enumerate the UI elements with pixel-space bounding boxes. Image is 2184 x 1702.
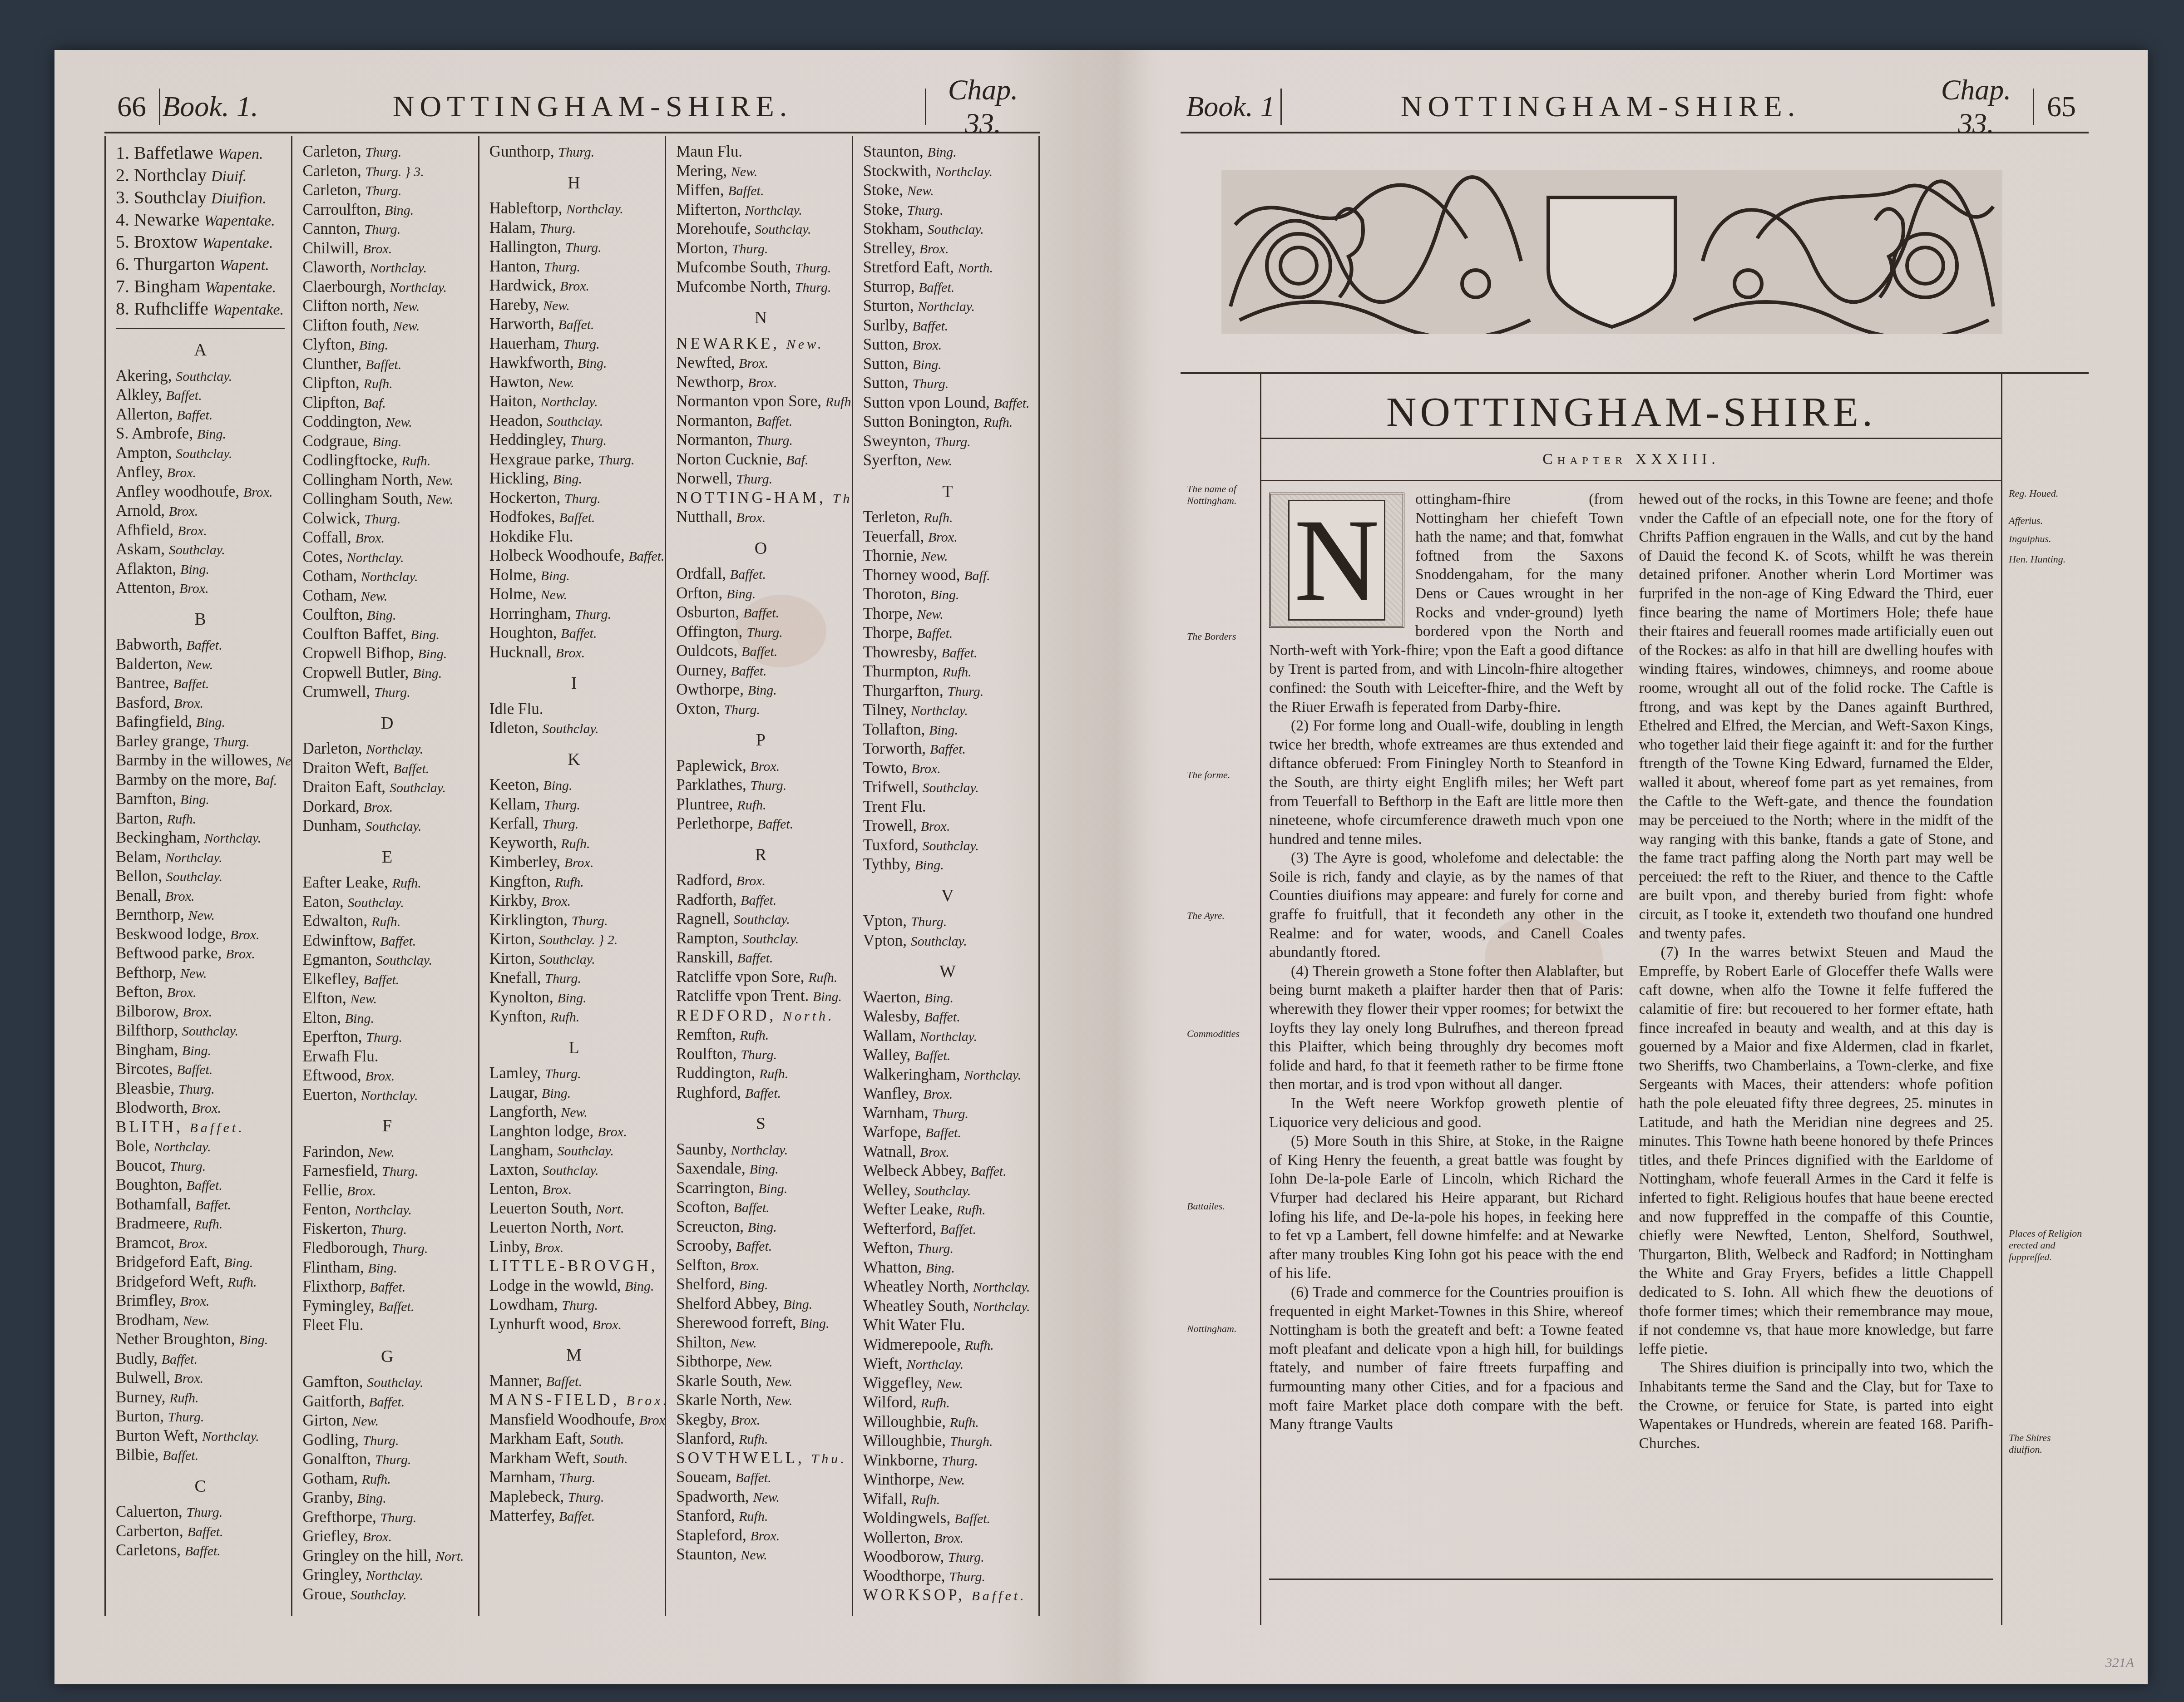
index-entry: Welley, Southclay. [863, 1181, 1032, 1201]
place-name: Normanton, [676, 412, 752, 429]
hundred-abbrev: Bing. [413, 666, 442, 681]
index-entry: Groue, Southclay. [302, 1585, 471, 1605]
place-name: Widmerepoole, [863, 1336, 961, 1353]
hundred-abbrev: Brox. [920, 1145, 949, 1160]
hundred-abbrev: Baffet. [187, 638, 222, 653]
place-name: Horringham, [489, 605, 571, 622]
place-name: Winkborne, [863, 1451, 938, 1469]
hundred-abbrev: Thurg. [732, 242, 768, 257]
division-number: 5. [116, 232, 129, 252]
index-entry: Ratcliffe vpon Trent. Bing. [676, 987, 845, 1006]
index-entry: Clipfton, Baf. [302, 394, 471, 413]
margin-note: Hen. Hunting. [2009, 553, 2084, 565]
place-name: Carleton, [302, 181, 361, 199]
hundred-abbrev: Bing. [345, 1011, 374, 1026]
place-name: Maplebeck, [489, 1488, 564, 1505]
hundred-abbrev: Northclay. [202, 1429, 259, 1444]
place-name: Hareby, [489, 296, 539, 314]
index-entry: Leuerton South, Nort. [489, 1199, 658, 1219]
margin-note: Ingulphus. [2009, 533, 2084, 545]
index-entry: Idleton, Southclay. [489, 719, 658, 739]
place-name: Draiton Weft, [302, 759, 389, 777]
index-entry: Haiton, Northclay. [489, 392, 658, 412]
hundred-abbrev: Thurg. [568, 1490, 604, 1505]
index-letter-heading: K [489, 750, 658, 769]
body-paragraph: (7) In the warres betwixt Steuen and Mau… [1639, 943, 1994, 1358]
hundred-abbrev: Southclay. [176, 369, 232, 384]
hundred-abbrev: Rufh. [193, 1217, 222, 1232]
hundred-abbrev: Thurg. [575, 607, 611, 622]
place-name: Kimberley, [489, 853, 560, 871]
place-name: Eafter Leake, [302, 873, 388, 891]
hundred-abbrev: Baffet. [912, 319, 948, 334]
hundred-abbrev: Thurg. [380, 1510, 416, 1525]
index-entry: Holme, New. [489, 585, 658, 605]
index-entry: Bantree, Baffet. [116, 674, 285, 694]
hundred-abbrev: New. [936, 1376, 963, 1391]
hundred-abbrev: Southclay. [176, 446, 232, 461]
hundred-abbrev: Southclay. [365, 819, 421, 834]
division-kind: Wapen. [218, 146, 263, 163]
hundred-abbrev: Northclay. [204, 831, 261, 846]
hundred-abbrev: New. [541, 587, 568, 602]
index-entry: Aflakton, Bing. [116, 560, 285, 579]
left-running-head: 66 Book. 1. NOTTINGHAM-SHIRE. Chap. 33. [104, 82, 1040, 133]
place-name: Fymingley, [302, 1297, 374, 1315]
index-entry: Thowresby, Baffet. [863, 643, 1032, 663]
index-entry: Edwalton, Rufh. [302, 912, 471, 932]
hundred-abbrev: Thurg. [375, 1452, 411, 1467]
index-entry: Eftwood, Brox. [302, 1066, 471, 1086]
right-running-head: Book. 1 NOTTINGHAM-SHIRE. Chap. 33. 65 [1181, 82, 2089, 133]
hundred-abbrev: Southclay. [367, 1375, 423, 1390]
place-name: Clunther, [302, 355, 361, 373]
index-entry: Spadworth, New. [676, 1488, 845, 1507]
place-name: Kirkby, [489, 892, 538, 909]
hundred-abbrev: Bing. [913, 357, 942, 372]
index-entry: Hallington, Thurg. [489, 238, 658, 257]
place-name: Idle Flu. [489, 700, 544, 718]
place-name: Gotham, [302, 1470, 358, 1487]
place-name: Wanfley, [863, 1085, 919, 1102]
place-name: Coulfton, [302, 606, 363, 623]
index-letter-heading: F [302, 1117, 471, 1135]
index-entry: Knefall, Thurg. [489, 969, 658, 988]
place-name: Elton, [302, 1009, 341, 1026]
place-name: Edwalton, [302, 912, 367, 930]
hundred-abbrev: Baffet. [756, 414, 792, 429]
index-entry: Radforth, Baffet. [676, 891, 845, 910]
place-name: Stoke, [863, 201, 903, 218]
margin-note: Nottingham. [1187, 1323, 1255, 1335]
division-entry: 1. Baffetlawe Wapen. [116, 143, 285, 165]
hundred-abbrev: Thurg. [562, 1298, 598, 1313]
index-column: Carleton, Thurg.Carleton, Thurg. } 3.Car… [291, 136, 478, 1616]
index-entry: Griefley, Brox. [302, 1527, 471, 1547]
hundred-abbrev: Bing. [924, 991, 954, 1006]
index-entry: Heddingley, Thurg. [489, 431, 658, 450]
hundred-abbrev: Rufh. [227, 1275, 257, 1290]
index-entry: Clipfton, Rufh. [302, 374, 471, 394]
hundred-abbrev: New. [926, 454, 953, 469]
hundred-abbrev: Thurg. [746, 625, 783, 640]
index-entry: Thorpe, New. [863, 605, 1032, 624]
index-entry: Grefthorpe, Thurg. [302, 1508, 471, 1528]
division-number: 7. [116, 276, 129, 296]
chapter-heading: Chapter XXXIII. [1260, 438, 2002, 481]
index-entry: Kimberley, Brox. [489, 853, 658, 873]
index-entry: Hawton, New. [489, 373, 658, 393]
hundred-abbrev: Baffet. [195, 1198, 231, 1213]
index-entry: Trifwell, Southclay. [863, 778, 1032, 798]
place-name: WORKSOP, [863, 1586, 965, 1604]
place-name: Ordfall, [676, 565, 726, 582]
index-entry: Wefter Leake, Rufh. [863, 1200, 1032, 1220]
place-name: Befton, [116, 983, 163, 1001]
place-name: Ampton, [116, 444, 172, 462]
place-name: Stoke, [863, 181, 903, 199]
hundred-abbrev: Baffet. [185, 1544, 221, 1559]
hundred-abbrev: Brox. [560, 279, 589, 294]
hundred-abbrev: Brox. [934, 1531, 964, 1546]
hundred-abbrev: Bing. [558, 991, 587, 1006]
index-entry: Farindon, New. [302, 1143, 471, 1162]
index-entry: Harworth, Baffet. [489, 315, 658, 335]
page-number: 65 [2034, 90, 2089, 123]
place-name: Fledborough, [302, 1239, 388, 1257]
hundred-abbrev: Bing. [542, 1086, 571, 1101]
index-entry: Warfope, Baffet. [863, 1123, 1032, 1143]
book-label: Book. 1. [160, 90, 260, 123]
place-name: Willoughbie, [863, 1413, 946, 1431]
place-name: Budly, [116, 1350, 158, 1367]
place-name: Holbeck Woodhoufe, [489, 547, 625, 564]
place-name: Walkeringham, [863, 1066, 960, 1083]
hundred-abbrev: Southclay. [755, 222, 811, 237]
hundred-abbrev: Thurg. [365, 145, 401, 160]
index-entry: Anfley woodhoufe, Brox. [116, 483, 285, 502]
place-name: Elkefley, [302, 970, 359, 988]
place-name: Lynhurft wood, [489, 1315, 588, 1333]
place-name: Barton, [116, 809, 163, 827]
margin-note: The Ayre. [1187, 910, 1255, 922]
hundred-abbrev: Baff. [964, 568, 990, 583]
hundred-abbrev: Bing. [418, 646, 447, 661]
place-name: Whatton, [863, 1258, 922, 1276]
place-name: Nether Broughton, [116, 1330, 235, 1348]
hundred-abbrev: Brox. [598, 1125, 627, 1140]
hundred-abbrev: Bing. [726, 587, 756, 602]
index-entry: Bole, Northclay. [116, 1137, 285, 1157]
hundred-abbrev: Northclay. [541, 395, 598, 409]
hundred-abbrev: Northclay. [390, 280, 447, 295]
hundred-abbrev: Bing. [748, 1220, 777, 1235]
place-name: Woodthorpe, [863, 1567, 945, 1585]
index-entry: Matterfey, Baffet. [489, 1507, 658, 1526]
hundred-abbrev: Thurg. [741, 1047, 777, 1062]
place-name: Chilwill, [302, 239, 359, 257]
index-entry: Watnall, Brox. [863, 1143, 1032, 1162]
index-entry: Allerton, Baffet. [116, 405, 285, 425]
index-entry: SOVTHWELL, Thu. [676, 1449, 845, 1469]
place-name: Codlingftocke, [302, 451, 397, 469]
hundred-abbrev: Bing. [739, 1278, 768, 1293]
index-entry: Carleton, Thurg. } 3. [302, 162, 471, 182]
hundred-abbrev: Northclay. [906, 1357, 964, 1372]
index-entry: Rampton, Southclay. [676, 929, 845, 949]
index-entry: Syerfton, New. [863, 451, 1032, 471]
place-name: Burton Weft, [116, 1427, 198, 1445]
index-letter-heading: P [676, 731, 845, 750]
index-entry: Beckingham, Northclay. [116, 829, 285, 848]
place-name: Markham Eaft, [489, 1430, 586, 1447]
hundred-abbrev: Bing. [750, 1162, 779, 1177]
index-entry: Marnham, Thurg. [489, 1468, 658, 1488]
place-name: Akering, [116, 367, 172, 385]
hundred-abbrev: New. [917, 607, 944, 622]
margin-note: Battailes. [1187, 1200, 1255, 1212]
hundred-abbrev: Northclay. [370, 261, 427, 276]
index-entry: Normanton vpon Sore, Rufh. [676, 392, 845, 412]
hundred-abbrev: Southclay. [348, 895, 404, 910]
place-name: Tuxford, [863, 836, 919, 854]
place-name: Scrooby, [676, 1237, 732, 1254]
division-kind: Wapent. [220, 257, 269, 274]
hundred-abbrev: Bing. [758, 1181, 787, 1196]
hundred-abbrev: South. [589, 1432, 624, 1447]
place-name: Mifterton, [676, 201, 741, 218]
hundred-abbrev: Brox. [180, 1294, 210, 1309]
place-name: Vpton, [863, 932, 907, 949]
index-entry: Farnesfield, Thurg. [302, 1162, 471, 1181]
index-entry: Langforth, New. [489, 1103, 658, 1122]
index-entry: Staunton, New. [676, 1545, 845, 1565]
hundred-abbrev: Bing. [367, 608, 396, 623]
index-entry: Dunham, Southclay. [302, 817, 471, 836]
place-name: Welbeck Abbey, [863, 1162, 967, 1179]
place-name: Perlethorpe, [676, 814, 753, 832]
paragraph-text: (3) The Ayre is good, wholefome and dele… [1269, 849, 1624, 961]
index-entry: Gringley on the hill, Nort. [302, 1547, 471, 1566]
place-name: Kingfton, [489, 873, 551, 890]
hundred-abbrev: Thurg. [907, 203, 944, 218]
hundred-abbrev: New. [393, 319, 420, 334]
index-entry: Tythby, Bing. [863, 855, 1032, 875]
place-name: Flintham, [302, 1258, 364, 1276]
hundred-abbrev: Southclay. [182, 1024, 238, 1039]
index-entry: Normanton, Thurg. [676, 431, 845, 450]
hundred-abbrev: Bing. [800, 1316, 829, 1331]
index-entry: Willoughbie, Thurgh. [863, 1432, 1032, 1451]
hundred-abbrev: Brox. [592, 1317, 622, 1332]
index-entry: Pluntree, Rufh. [676, 795, 845, 815]
place-name: Brimfley, [116, 1292, 176, 1309]
index-entry: Euerton, Northclay. [302, 1086, 471, 1105]
index-entry: Gonalfton, Thurg. [302, 1450, 471, 1470]
index-letter-heading: O [676, 539, 845, 558]
hundred-abbrev: Rufh. [401, 454, 430, 469]
index-entry: Tuxford, Southclay. [863, 836, 1032, 856]
place-name: Langham, [489, 1141, 553, 1159]
place-name: Normanton, [676, 431, 752, 449]
hundred-abbrev: Southclay. [928, 222, 984, 237]
hundred-abbrev: Brox. [736, 873, 766, 888]
place-name: Crumwell, [302, 683, 370, 701]
index-entry: Norwell, Thurg. [676, 469, 845, 489]
hundred-abbrev: Northclay. [355, 1203, 412, 1218]
index-entry: Trowell, Brox. [863, 817, 1032, 836]
index-entry: Gringley, Northclay. [302, 1566, 471, 1585]
index-entry: Gamfton, Southclay. [302, 1373, 471, 1392]
index-entry: Nether Broughton, Bing. [116, 1330, 285, 1350]
index-entry: Clifton north, New. [302, 297, 471, 316]
place-name: Ruddington, [676, 1064, 755, 1082]
place-name: Griefley, [302, 1527, 358, 1545]
paragraph-text: In the Weft neere Workfop groweth plenti… [1269, 1095, 1624, 1131]
hundred-abbrev: Rufh. [561, 836, 590, 851]
place-name: Skarle North, [676, 1391, 762, 1409]
index-entry: Keeton, Bing. [489, 776, 658, 795]
place-name: Knefall, [489, 969, 541, 987]
place-name: Dorkard, [302, 798, 359, 815]
index-entry: Codgraue, Bing. [302, 432, 471, 452]
index-entry: Carberton, Baffet. [116, 1522, 285, 1542]
index-entry: Fymingley, Baffet. [302, 1297, 471, 1317]
division-name: Southclay [134, 187, 207, 207]
hundred-abbrev: New. [350, 992, 377, 1006]
hundred-abbrev: Baffet. [941, 646, 977, 661]
hundred-abbrev: Baffet. [757, 817, 793, 832]
index-entry: Flixthorp, Baffet. [302, 1278, 471, 1297]
place-name: Kirklington, [489, 911, 568, 929]
hundred-abbrev: New. [741, 1548, 767, 1563]
hundred-abbrev: Rufh. [371, 914, 400, 929]
index-entry: Barnfton, Bing. [116, 790, 285, 809]
index-entry: Sutton, Thurg. [863, 374, 1032, 394]
place-name: Cannton, [302, 220, 360, 237]
index-entry: Woldingwels, Baffet. [863, 1509, 1032, 1529]
hundred-abbrev: Northclay. [366, 742, 423, 757]
hundred-abbrev: Rufh. [739, 1509, 768, 1524]
index-entry: Wefterford, Baffet. [863, 1220, 1032, 1239]
index-entry: Collingham South, New. [302, 490, 471, 509]
place-name: Hableftorp, [489, 199, 562, 217]
index-entry: Skarle South, New. [676, 1372, 845, 1391]
index-entry: Bleasbie, Thurg. [116, 1080, 285, 1099]
place-name: Balderton, [116, 655, 183, 673]
index-entry: Newthorp, Brox. [676, 373, 845, 393]
place-name: Gunthorp, [489, 143, 554, 160]
place-name: Saunby, [676, 1140, 726, 1158]
place-name: Scofton, [676, 1198, 730, 1216]
hundred-abbrev: New. [427, 473, 454, 488]
division-entry: 7. Bingham Wapentake. [116, 276, 285, 298]
place-name: Fleet Flu. [302, 1316, 363, 1334]
hundred-abbrev: Thurg. [542, 817, 578, 832]
place-name: Stapleford, [676, 1526, 746, 1544]
place-name: Wifall, [863, 1490, 907, 1508]
index-entry: Woodthorpe, Thurg. [863, 1567, 1032, 1587]
hundred-abbrev: Thurg. [365, 512, 401, 527]
index-entry: Ouldcots, Baffet. [676, 642, 845, 661]
place-name: Hockerton, [489, 489, 560, 507]
place-name: Normanton vpon Sore, [676, 392, 821, 410]
place-name: Orfton, [676, 584, 722, 602]
hundred-abbrev: Rufh. [943, 665, 972, 680]
place-name: Trent Flu. [863, 798, 926, 815]
index-entry: Fiskerton, Thurg. [302, 1220, 471, 1239]
place-name: Skarle South, [676, 1372, 762, 1390]
index-entry: Beftwood parke, Brox. [116, 944, 285, 964]
place-name: Hodfokes, [489, 508, 555, 526]
place-name: Bridgeford Eaft, [116, 1253, 220, 1271]
index-entry: Thoroton, Bing. [863, 585, 1032, 605]
index-entry: Cannton, Thurg. [302, 220, 471, 239]
place-name: Cotham, [302, 587, 357, 604]
hundred-abbrev: Baffet. [919, 280, 954, 295]
index-entry: Caluerton, Thurg. [116, 1503, 285, 1522]
division-number: 2. [116, 165, 129, 185]
place-name: Rampton, [676, 929, 738, 947]
hundred-abbrev: Brox. [736, 510, 766, 525]
index-entry: Budly, Baffet. [116, 1350, 285, 1369]
hundred-abbrev: Bing. [359, 338, 388, 353]
index-entry: Whit Water Flu. [863, 1316, 1032, 1336]
hundred-abbrev: Northclay. [964, 1068, 1021, 1083]
place-name: Osburton, [676, 603, 739, 621]
index-letter-heading: H [489, 174, 658, 192]
place-name: Barmby on the more, [116, 771, 251, 789]
place-name: Codgraue, [302, 432, 368, 450]
hundred-abbrev: New. [907, 183, 934, 198]
place-name: Ratcliffe vpon Sore, [676, 968, 804, 986]
index-entry: Miffen, Baffet. [676, 181, 845, 201]
index-entry: Shilton, New. [676, 1333, 845, 1353]
hundred-abbrev: Brox. [639, 1413, 665, 1428]
index-entry: Anfley, Brox. [116, 463, 285, 483]
index-entry: Morehoufe, Southclay. [676, 220, 845, 239]
index-entry: Sturrop, Baffet. [863, 278, 1032, 297]
place-name: Halam, [489, 219, 536, 237]
body-paragraph: The Shires diuifion is principally into … [1639, 1358, 1994, 1453]
page-number: 66 [104, 90, 159, 123]
index-entry: Radford, Brox. [676, 871, 845, 891]
place-name: Nutthall, [676, 508, 732, 526]
hundred-abbrev: Brox. [355, 531, 385, 546]
hundred-abbrev: Baffet. [559, 510, 595, 525]
division-entry: 8. Rufhcliffe Wapentake. [116, 298, 285, 321]
hundred-abbrev: Brox. [174, 696, 203, 711]
place-name: Arnold, [116, 502, 165, 519]
place-name: Bothamfall, [116, 1195, 191, 1213]
place-name: Idleton, [489, 719, 539, 737]
hundred-abbrev: Brox. [564, 855, 594, 870]
division-entry: 2. Northclay Diuif. [116, 165, 285, 187]
hundred-abbrev: Northclay. [911, 703, 968, 718]
hundred-abbrev: Brox. [751, 759, 780, 774]
index-entry: Sherewood forreft, Bing. [676, 1314, 845, 1333]
hundred-abbrev: Baffet. [546, 1374, 582, 1389]
hundred-abbrev: Thurg. [934, 434, 971, 449]
place-name: Girton, [302, 1411, 348, 1429]
margin-note: The forme. [1187, 769, 1255, 781]
place-name: Barley grange, [116, 732, 209, 750]
place-name: Keeton, [489, 776, 539, 794]
index-entry: Elton, Bing. [302, 1009, 471, 1028]
hundred-abbrev: Bing. [372, 434, 401, 449]
index-entry: Markham Weft, South. [489, 1449, 658, 1469]
place-name: Wieft, [863, 1355, 903, 1372]
